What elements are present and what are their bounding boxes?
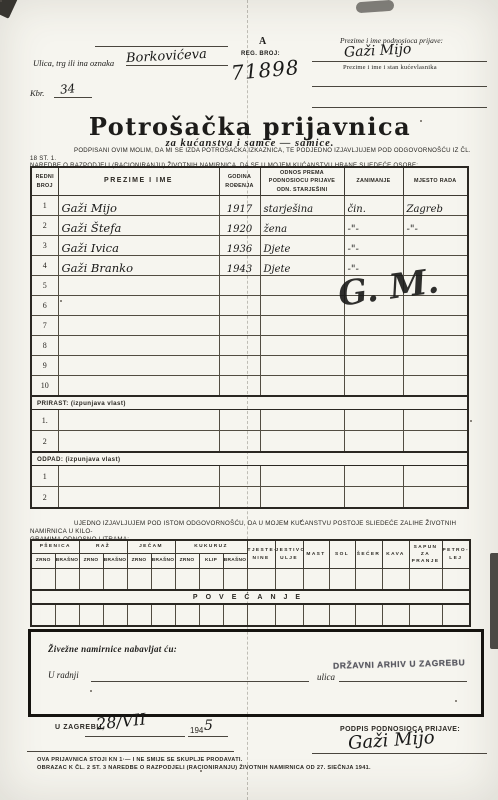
supply-cell bbox=[79, 604, 103, 626]
row-number: 7 bbox=[31, 316, 58, 336]
person-birth-year bbox=[219, 376, 260, 397]
supply-cell bbox=[329, 604, 355, 626]
person-relation: žena bbox=[260, 216, 344, 236]
person-relation: starješina bbox=[260, 196, 344, 216]
col-header-zrno: ZRNO bbox=[79, 554, 103, 569]
povecanje-band: POVEĆANJE bbox=[31, 590, 470, 604]
col-header-prezime-ime: PREZIME I IME bbox=[58, 167, 219, 196]
person-workplace: Zagreb bbox=[403, 196, 468, 216]
supply-cell bbox=[175, 604, 199, 626]
person-row: 10 bbox=[31, 376, 468, 397]
person-birth-year bbox=[219, 296, 260, 316]
col-header-odnos: ODNOS PREMA PODNOSIOCU PRIJAVE ODN. STAR… bbox=[260, 167, 344, 196]
odpad-year bbox=[219, 466, 260, 487]
scan-artifact bbox=[356, 0, 395, 13]
prirast-year bbox=[219, 410, 260, 431]
col-header-brasno: BRAŠNO bbox=[103, 554, 127, 569]
person-workplace bbox=[403, 376, 468, 397]
col-header-sol: SOL bbox=[329, 540, 355, 569]
supply-cell bbox=[199, 604, 223, 626]
person-occupation: -"- bbox=[344, 216, 403, 236]
odpad-row: 2 bbox=[31, 487, 468, 509]
supply-cell bbox=[442, 604, 470, 626]
person-row: 2 Gaži Štefa 1920 žena -"- -"- bbox=[31, 216, 468, 236]
person-row: 1 Gaži Mijo 1917 starješina čin. Zagreb bbox=[31, 196, 468, 216]
supplies-value-row bbox=[31, 569, 470, 591]
shop-box-title: Živežne namirnice nabavljat ću: bbox=[48, 644, 177, 654]
person-name bbox=[58, 316, 219, 336]
supply-cell bbox=[31, 569, 55, 591]
odpad-label: ODPAD: (izpunjava vlast) bbox=[31, 452, 468, 466]
row-number: 3 bbox=[31, 236, 58, 256]
prirast-label: PRIRAST: (izpunjava vlast) bbox=[31, 396, 468, 410]
person-name: Gaži Štefa bbox=[58, 216, 219, 236]
col-header-sapun: SAPUN ZA PRANJE bbox=[409, 540, 442, 569]
col-header-tjestenine: TJESTE-NINE bbox=[247, 540, 275, 569]
supplies-value-row bbox=[31, 604, 470, 626]
odpad-band: ODPAD: (izpunjava vlast) bbox=[31, 452, 468, 466]
person-birth-year: 1943 bbox=[219, 256, 260, 276]
supply-cell bbox=[247, 569, 275, 591]
person-name bbox=[58, 356, 219, 376]
col-header-petrolej: PETRO-LEJ bbox=[442, 540, 470, 569]
scan-artifact bbox=[490, 553, 498, 649]
prirast-occupation bbox=[344, 431, 403, 453]
person-relation: Djete bbox=[260, 256, 344, 276]
supply-cell bbox=[55, 604, 79, 626]
house-number-field: 34 bbox=[54, 80, 92, 98]
col-header-mjesto-rada: MJESTO RADA bbox=[403, 167, 468, 196]
prirast-row: 2 bbox=[31, 431, 468, 453]
scan-artifact bbox=[0, 0, 2, 2]
odpad-name bbox=[58, 466, 219, 487]
year-handwriting: 5 bbox=[204, 718, 213, 734]
shop-name-line bbox=[91, 681, 309, 682]
row-number: 2 bbox=[31, 487, 58, 509]
prirast-workplace bbox=[403, 410, 468, 431]
person-occupation bbox=[344, 316, 403, 336]
scan-artifact bbox=[0, 0, 18, 19]
person-occupation bbox=[344, 376, 403, 397]
person-birth-year: 1936 bbox=[219, 236, 260, 256]
row-number: 1 bbox=[31, 466, 58, 487]
person-relation bbox=[260, 336, 344, 356]
supply-cell bbox=[127, 569, 151, 591]
person-relation bbox=[260, 296, 344, 316]
supply-cell bbox=[55, 569, 79, 591]
person-workplace bbox=[403, 316, 468, 336]
blank-line bbox=[312, 86, 487, 87]
supply-cell bbox=[355, 569, 382, 591]
supply-cell bbox=[223, 604, 247, 626]
person-workplace bbox=[403, 356, 468, 376]
odpad-row: 1 bbox=[31, 466, 468, 487]
odpad-year bbox=[219, 487, 260, 509]
supplies-table: PŠENICA RAŽ JEČAM KUKURUZ TJESTE-NINE JE… bbox=[30, 539, 471, 627]
povecanje-label: POVEĆANJE bbox=[31, 590, 470, 604]
house-number-handwriting: 34 bbox=[59, 81, 76, 97]
supply-cell bbox=[103, 569, 127, 591]
landlord-label: Prezime i ime i stan kućevlasnika bbox=[343, 64, 437, 71]
col-header-brasno: BRAŠNO bbox=[151, 554, 175, 569]
odpad-workplace bbox=[403, 487, 468, 509]
odpad-name bbox=[58, 487, 219, 509]
prirast-workplace bbox=[403, 431, 468, 453]
prirast-year bbox=[219, 431, 260, 453]
supply-cell bbox=[175, 569, 199, 591]
odpad-relation bbox=[260, 466, 344, 487]
col-header-godina-rodjenja: GODINA ROĐENJA bbox=[219, 167, 260, 196]
supply-cell bbox=[409, 569, 442, 591]
person-name bbox=[58, 376, 219, 397]
person-name: Gaži Ivica bbox=[58, 236, 219, 256]
persons-header-row: REDNI BROJ PREZIME I IME GODINA ROĐENJA … bbox=[31, 167, 468, 196]
prirast-name bbox=[58, 410, 219, 431]
prirast-relation bbox=[260, 410, 344, 431]
col-header-brasno: BRAŠNO bbox=[223, 554, 247, 569]
supply-cell bbox=[275, 569, 303, 591]
supply-cell bbox=[303, 604, 329, 626]
person-row: 9 bbox=[31, 356, 468, 376]
person-birth-year: 1920 bbox=[219, 216, 260, 236]
person-name bbox=[58, 296, 219, 316]
person-name: Gaži Branko bbox=[58, 256, 219, 276]
col-header-zrno: ZRNO bbox=[175, 554, 199, 569]
shop-street-line bbox=[339, 681, 467, 682]
col-header-zanimanje: ZANIMANJE bbox=[344, 167, 403, 196]
date-line bbox=[85, 736, 185, 737]
supply-cell bbox=[199, 569, 223, 591]
persons-table: REDNI BROJ PREZIME I IME GODINA ROĐENJA … bbox=[30, 166, 469, 509]
col-header-redni-broj: REDNI BROJ bbox=[31, 167, 58, 196]
supply-cell bbox=[103, 604, 127, 626]
shop-field-label: U radnji bbox=[48, 670, 79, 680]
supply-cell bbox=[127, 604, 151, 626]
person-name bbox=[58, 336, 219, 356]
person-row: 7 bbox=[31, 316, 468, 336]
person-occupation bbox=[344, 336, 403, 356]
price-note: OVA PRIJAVNICA STOJI KN 1·— I NE SMIJE S… bbox=[37, 757, 243, 763]
street-field-label: ulica bbox=[317, 672, 335, 682]
col-group-raz: RAŽ bbox=[79, 540, 127, 554]
odpad-workplace bbox=[403, 466, 468, 487]
person-occupation: -"- bbox=[344, 236, 403, 256]
person-relation bbox=[260, 316, 344, 336]
section-letter: A bbox=[259, 36, 266, 47]
row-number: 5 bbox=[31, 276, 58, 296]
prirast-relation bbox=[260, 431, 344, 453]
supply-cell bbox=[355, 604, 382, 626]
col-group-psenica: PŠENICA bbox=[31, 540, 79, 554]
person-name bbox=[58, 276, 219, 296]
prirast-name bbox=[58, 431, 219, 453]
col-group-jecam: JEČAM bbox=[127, 540, 175, 554]
supply-cell bbox=[247, 604, 275, 626]
blank-line bbox=[312, 107, 487, 108]
col-header-zrno: ZRNO bbox=[127, 554, 151, 569]
street-field: Borkovićeva bbox=[126, 47, 228, 66]
person-relation: Djete bbox=[260, 236, 344, 256]
street-label: Ulica, trg ili ina oznaka bbox=[33, 58, 114, 68]
supply-cell bbox=[382, 604, 409, 626]
row-number: 8 bbox=[31, 336, 58, 356]
person-birth-year bbox=[219, 316, 260, 336]
col-header-zrno: ZRNO bbox=[31, 554, 55, 569]
prirast-band: PRIRAST: (izpunjava vlast) bbox=[31, 396, 468, 410]
person-relation bbox=[260, 376, 344, 397]
person-row: 8 bbox=[31, 336, 468, 356]
supplies-group-header-row: PŠENICA RAŽ JEČAM KUKURUZ TJESTE-NINE JE… bbox=[31, 540, 470, 554]
supply-cell bbox=[303, 569, 329, 591]
street-value-handwriting: Borkovićeva bbox=[126, 47, 208, 66]
supply-cell bbox=[409, 604, 442, 626]
prirast-row: 1. bbox=[31, 410, 468, 431]
reg-number-handwriting: 71898 bbox=[230, 55, 300, 85]
year-printed: 194 bbox=[190, 726, 203, 735]
document-title: Potrošačka prijavnica bbox=[30, 112, 470, 141]
supply-cell bbox=[275, 604, 303, 626]
supply-cell bbox=[329, 569, 355, 591]
person-relation bbox=[260, 356, 344, 376]
person-birth-year bbox=[219, 356, 260, 376]
col-header-secer: ŠEĆER bbox=[355, 540, 382, 569]
row-number: 9 bbox=[31, 356, 58, 376]
applicant-signature-handwriting: Gaži Mijo bbox=[344, 41, 412, 61]
supply-cell bbox=[31, 604, 55, 626]
col-header-kava: KAVA bbox=[382, 540, 409, 569]
row-number: 1. bbox=[31, 410, 58, 431]
col-header-klip: KLIP bbox=[199, 554, 223, 569]
col-header-jestivo-ulje: JESTIVO ULJE bbox=[275, 540, 303, 569]
col-header-brasno: BRAŠNO bbox=[55, 554, 79, 569]
applicant-signature-field: Gaži Mijo bbox=[312, 42, 487, 62]
shop-box: Živežne namirnice nabavljat ću: U radnji… bbox=[28, 629, 484, 717]
odpad-relation bbox=[260, 487, 344, 509]
house-number-label: Kbr. bbox=[30, 88, 44, 98]
odpad-occupation bbox=[344, 466, 403, 487]
person-birth-year: 1917 bbox=[219, 196, 260, 216]
person-birth-year bbox=[219, 336, 260, 356]
signature-line bbox=[312, 753, 487, 754]
person-workplace bbox=[403, 336, 468, 356]
row-number: 1 bbox=[31, 196, 58, 216]
row-number: 2 bbox=[31, 431, 58, 453]
person-occupation: čin. bbox=[344, 196, 403, 216]
supply-cell bbox=[223, 569, 247, 591]
form-reference-note: OBRAZAC K ČL. 2 ST. 3 NAREDBE O RAZPODJE… bbox=[37, 765, 371, 771]
col-header-mast: MAST bbox=[303, 540, 329, 569]
odpad-occupation bbox=[344, 487, 403, 509]
row-number: 10 bbox=[31, 376, 58, 397]
supply-cell bbox=[442, 569, 470, 591]
person-workplace: -"- bbox=[403, 216, 468, 236]
footer-divider bbox=[27, 751, 234, 752]
archive-stamp: DRŽAVNI ARHIV U ZAGREBU bbox=[333, 657, 466, 670]
col-group-kukuruz: KUKURUZ bbox=[175, 540, 247, 554]
supply-cell bbox=[79, 569, 103, 591]
row-number: 6 bbox=[31, 296, 58, 316]
supply-cell bbox=[151, 604, 175, 626]
year-line bbox=[188, 736, 228, 737]
person-workplace bbox=[403, 236, 468, 256]
supply-cell bbox=[382, 569, 409, 591]
supply-cell bbox=[151, 569, 175, 591]
person-occupation bbox=[344, 356, 403, 376]
row-number: 4 bbox=[31, 256, 58, 276]
row-number: 2 bbox=[31, 216, 58, 236]
person-row: 3 Gaži Ivica 1936 Djete -"- bbox=[31, 236, 468, 256]
person-birth-year bbox=[219, 276, 260, 296]
prirast-occupation bbox=[344, 410, 403, 431]
person-name: Gaži Mijo bbox=[58, 196, 219, 216]
supplies-declaration-line1: UJEDNO IZJAVLJUJEM POD ISTOM ODGOVORNOŠĆ… bbox=[30, 520, 472, 536]
date-handwriting: 28/VII bbox=[95, 709, 147, 733]
declaration-line1: PODPISANI OVIM MOLIM, DA MI SE IZDA POTR… bbox=[30, 147, 472, 162]
person-relation bbox=[260, 276, 344, 296]
scanned-document-page: Ulica, trg ili ina oznaka Borkovićeva Kb… bbox=[0, 0, 498, 800]
